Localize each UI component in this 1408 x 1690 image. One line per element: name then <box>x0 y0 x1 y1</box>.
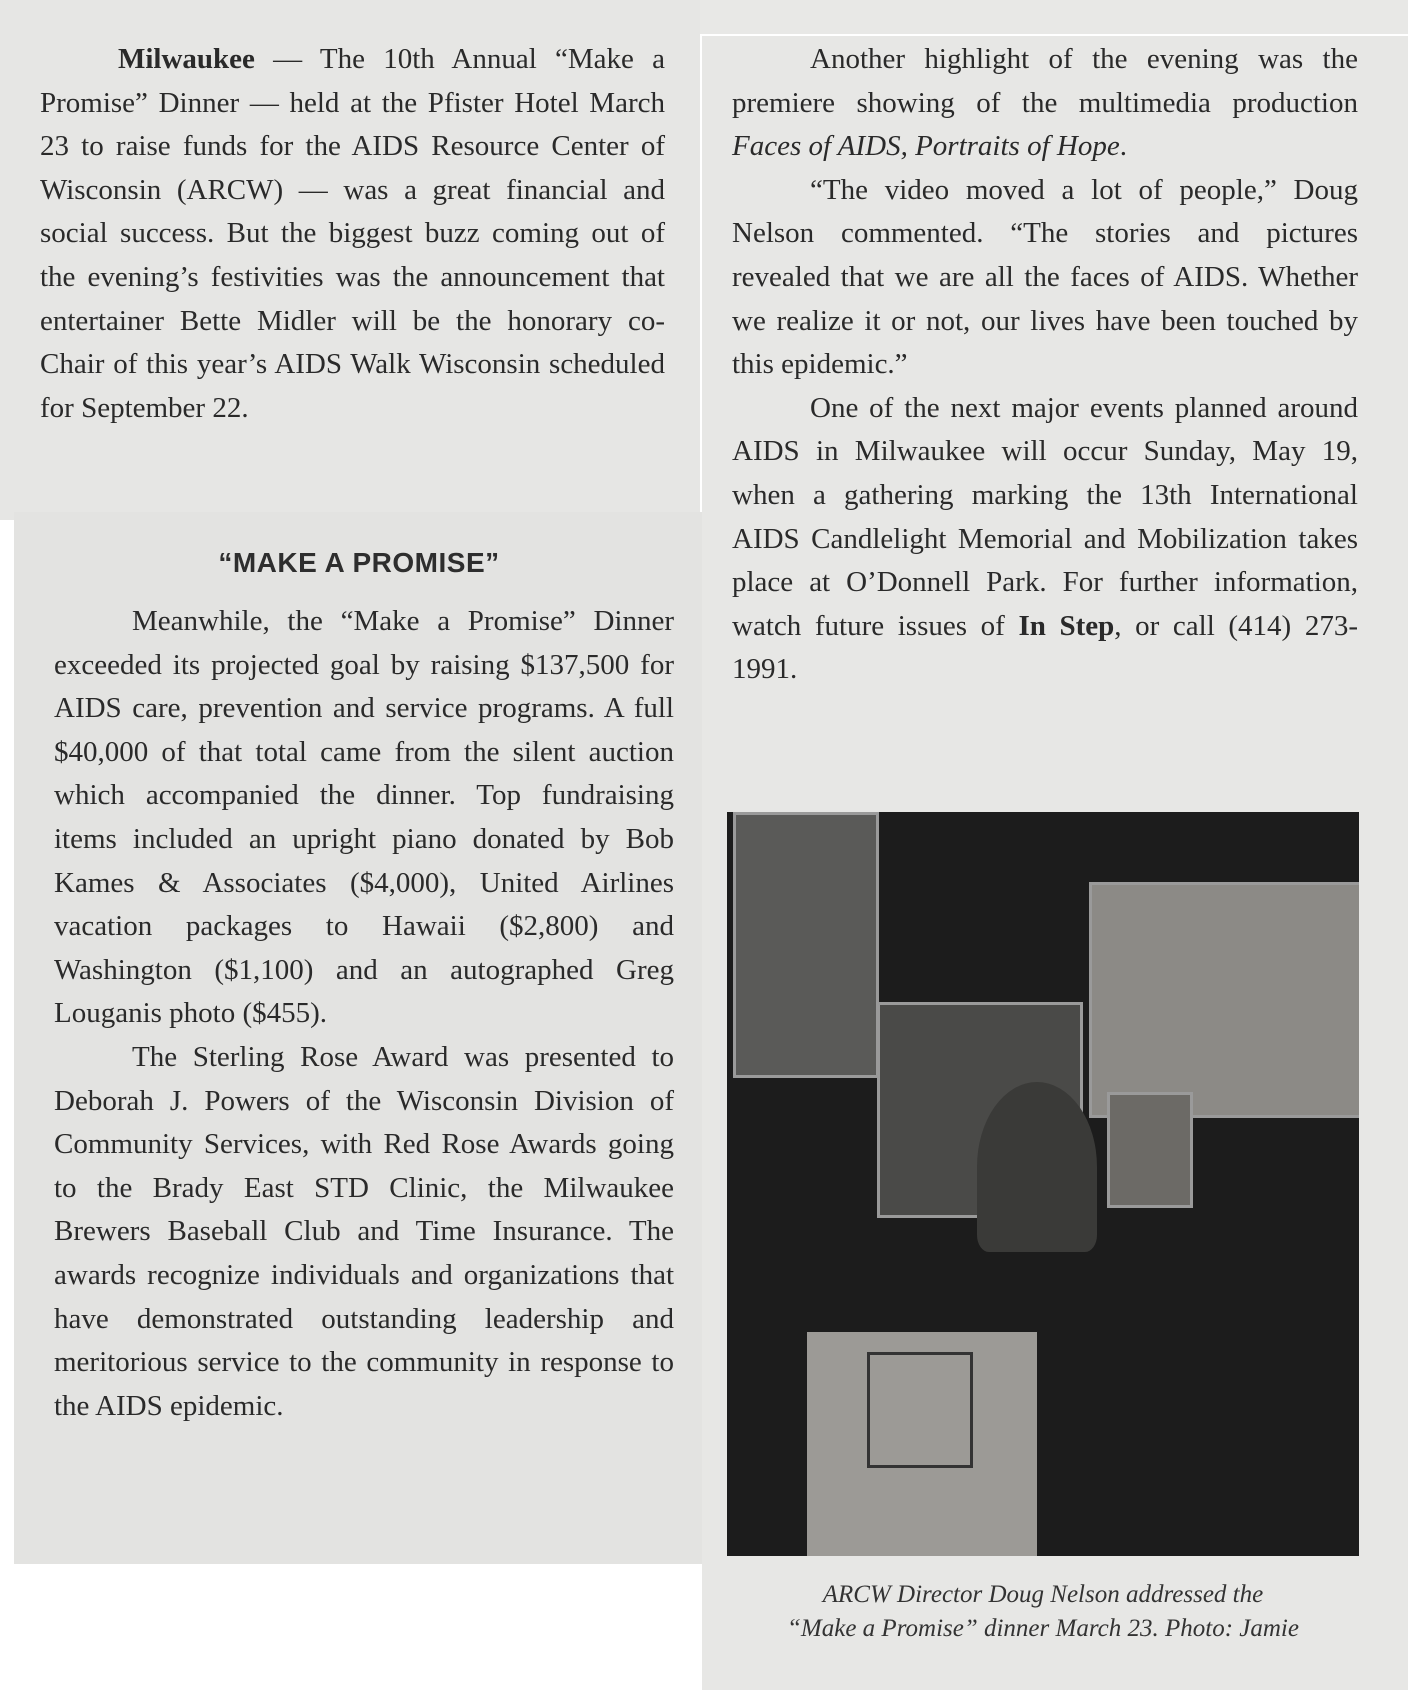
production-title: Faces of AIDS, Portraits of Hope <box>732 130 1120 162</box>
awards-paragraph: The Sterling Rose Award was presented to… <box>54 1036 674 1428</box>
highlight-paragraph: Another highlight of the evening was the… <box>732 38 1358 169</box>
portrait-frame <box>1089 882 1359 1118</box>
subhead: “MAKE A PROMISE” <box>14 547 704 579</box>
photo-caption: ARCW Director Doug Nelson addressed the … <box>727 1578 1359 1646</box>
fundraising-paragraph: Meanwhile, the “Make a Promise” Dinner e… <box>54 600 674 1036</box>
dateline: Milwaukee <box>118 43 255 75</box>
clipping-top-strip <box>700 0 1408 34</box>
podium <box>807 1332 1037 1556</box>
publication-name: In Step <box>1018 610 1114 642</box>
intro-paragraph: Milwaukee — The 10th Annual “Make a Prom… <box>40 38 665 430</box>
article-intro-column: Milwaukee — The 10th Annual “Make a Prom… <box>40 38 665 430</box>
event-photo <box>727 812 1359 1556</box>
events-paragraph: One of the next major events planned aro… <box>732 387 1358 692</box>
portrait-frame <box>1107 1092 1193 1208</box>
article-right-column: Another highlight of the evening was the… <box>732 38 1358 692</box>
article-left-column: Meanwhile, the “Make a Promise” Dinner e… <box>54 600 674 1428</box>
quote-paragraph: “The video moved a lot of people,” Doug … <box>732 169 1358 387</box>
intro-text: — The 10th Annual “Make a Promise” Dinne… <box>40 43 665 424</box>
portrait-frame <box>733 812 879 1078</box>
speaker-figure <box>977 1082 1097 1252</box>
